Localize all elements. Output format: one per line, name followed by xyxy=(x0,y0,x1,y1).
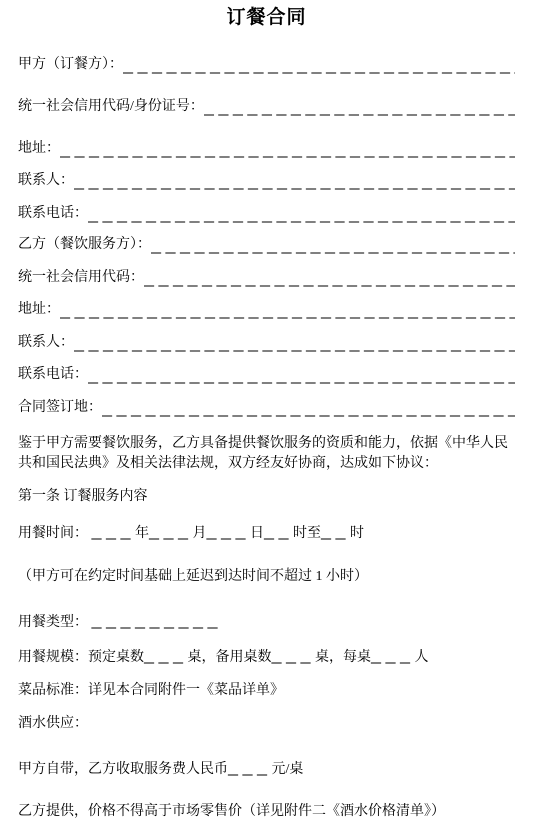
blank-segment[interactable]: __ xyxy=(321,521,350,541)
field-blank[interactable]: ____________________________ xyxy=(151,235,515,255)
contract-document-page: 订餐合同 甲方（订餐方）：___________________________… xyxy=(0,0,543,829)
field-blank[interactable]: ________________________________ xyxy=(102,398,515,418)
paragraph-line: 菜品标准：详见本合同附件一《菜品详单》 xyxy=(18,681,515,701)
text-segment: 人 xyxy=(415,650,429,665)
field-blank[interactable]: ___________________________________ xyxy=(60,139,515,159)
inline-blank-line: 用餐时间： ___年___月___日__时至__时 xyxy=(18,521,515,544)
field-blank[interactable]: _________________________________ xyxy=(88,204,515,224)
field-blank[interactable]: ___________________________________ xyxy=(60,300,515,320)
field-line: 甲方（订餐方）：______________________________ xyxy=(18,55,515,75)
inline-blank-line: 甲方自带，乙方收取服务费人民币___元/桌 xyxy=(18,757,515,780)
text-segment: 桌，备用桌数 xyxy=(188,650,272,665)
blank-segment[interactable]: ___ xyxy=(207,521,251,541)
inline-blank-line: 用餐类型： _________ xyxy=(18,610,515,633)
field-line: 地址：___________________________________ xyxy=(18,300,515,320)
field-line: 联系人：__________________________________ xyxy=(18,171,515,191)
field-line: 联系电话：_________________________________ xyxy=(18,365,515,385)
field-line: 统一社会信用代码：_____________________________ xyxy=(18,268,515,288)
text-segment: 元/桌 xyxy=(272,762,304,777)
paragraph-line: 鉴于甲方需要餐饮服务，乙方具备提供餐饮服务的资质和能力，依据《中华人民共和国民法… xyxy=(18,434,515,474)
blank-segment[interactable]: __ xyxy=(264,521,293,541)
field-label: 联系人： xyxy=(18,171,74,191)
paragraph-line: 酒水供应： xyxy=(18,714,515,734)
field-label: 地址： xyxy=(18,139,60,159)
contract-body: 甲方（订餐方）：______________________________统一… xyxy=(18,55,515,822)
text-segment: 时 xyxy=(350,526,364,541)
field-label: 地址： xyxy=(18,300,60,320)
field-label: 联系人： xyxy=(18,333,74,353)
paragraph-line: （甲方可在约定时间基础上延迟到达时间不超过 1 小时） xyxy=(18,567,515,587)
field-line: 联系电话：_________________________________ xyxy=(18,204,515,224)
blank-segment[interactable]: ___ xyxy=(144,645,188,665)
text-segment: 用餐时间： xyxy=(18,526,92,541)
text-segment: 年 xyxy=(135,526,149,541)
blank-segment[interactable]: ___ xyxy=(228,757,272,777)
field-blank[interactable]: __________________________________ xyxy=(74,171,515,191)
field-line: 合同签订地：________________________________ xyxy=(18,398,515,418)
blank-segment[interactable]: _________ xyxy=(92,610,223,630)
text-segment: 甲方自带，乙方收取服务费人民币 xyxy=(18,762,228,777)
text-segment: 用餐类型： xyxy=(18,615,92,630)
blank-segment[interactable]: ___ xyxy=(272,645,316,665)
field-blank[interactable]: __________________________________ xyxy=(74,333,515,353)
field-blank[interactable]: _________________________ xyxy=(204,97,515,117)
field-line: 联系人：__________________________________ xyxy=(18,333,515,353)
field-blank[interactable]: ______________________________ xyxy=(123,55,515,75)
text-segment: 时至 xyxy=(293,526,321,541)
field-label: 联系电话： xyxy=(18,204,88,224)
field-blank[interactable]: _____________________________ xyxy=(144,268,515,288)
field-line: 乙方（餐饮服务方）：____________________________ xyxy=(18,235,515,255)
field-label: 合同签订地： xyxy=(18,398,102,418)
field-line: 地址：___________________________________ xyxy=(18,139,515,159)
field-label: 甲方（订餐方）： xyxy=(18,55,123,75)
text-segment: 月 xyxy=(193,526,207,541)
blank-segment[interactable]: ___ xyxy=(149,521,193,541)
blank-segment[interactable]: ___ xyxy=(371,645,415,665)
field-label: 统一社会信用代码： xyxy=(18,268,144,288)
field-label: 联系电话： xyxy=(18,365,88,385)
field-label: 统一社会信用代码/身份证号： xyxy=(18,97,204,117)
paragraph-line: 乙方提供，价格不得高于市场零售价（详见附件二《酒水价格清单》） xyxy=(18,802,515,822)
text-segment: 用餐规模：预定桌数 xyxy=(18,650,144,665)
inline-blank-line: 用餐规模：预定桌数___桌，备用桌数___桌，每桌___人 xyxy=(18,645,515,668)
field-label: 乙方（餐饮服务方）： xyxy=(18,235,151,255)
section-heading: 第一条 订餐服务内容 xyxy=(18,487,515,507)
text-segment: 桌，每桌 xyxy=(315,650,371,665)
text-segment: 日 xyxy=(250,526,264,541)
field-blank[interactable]: _________________________________ xyxy=(88,365,515,385)
contract-title: 订餐合同 xyxy=(18,5,515,31)
blank-segment[interactable]: ___ xyxy=(92,521,136,541)
field-line: 统一社会信用代码/身份证号：_________________________ xyxy=(18,97,515,117)
